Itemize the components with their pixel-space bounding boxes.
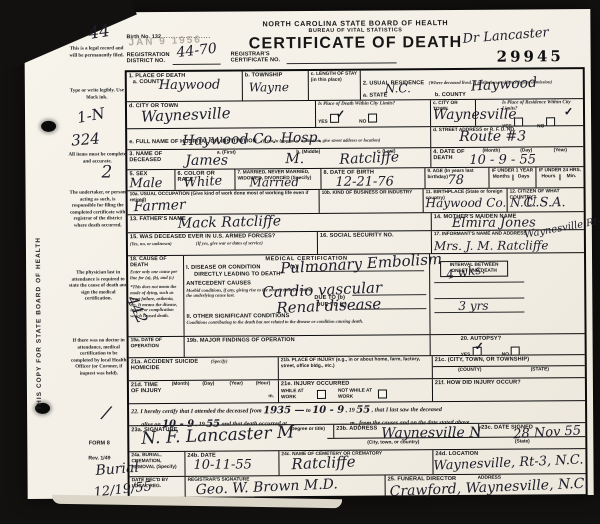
registration-district-value: 44-70 [176, 42, 218, 60]
certify-text-4: , that I last saw the deceased [372, 407, 442, 413]
margin-note-complete: All items must be complete and accurate. [67, 152, 127, 165]
cell-certify-statement: 22. I hereby certify that I attended the… [129, 401, 585, 425]
registrar-label-2: CERTIFICATE NO. [231, 58, 281, 65]
cell-injury-occurred: 21e. INJURY OCCURRED WHILE AT WORK NOT W… [279, 379, 433, 402]
cell-medical-certification: MEDICAL CERTIFICATION I. DISEASE OR COND… [184, 254, 431, 336]
date-of-death-value: 10 - 9 - 55 [469, 153, 536, 166]
cell-date-of-death: 4. DATE OF DEATH (Month) (Day) (Year) 10… [431, 147, 583, 167]
cell-industry: 10b. KIND OF BUSINESS OR INDUSTRY [320, 189, 424, 213]
date-of-death-label: 4. DATE OF DEATH [433, 149, 473, 162]
cell-injury-city: 21c. (CITY, TOWN, OR TOWNSHIP) (COUNTY) … [433, 355, 585, 378]
informant-value: Mrs. J. M. Ratcliffe [434, 239, 549, 252]
cell-length-of-stay: c. LENGTH OF STAY (in this place) [309, 71, 361, 100]
cell-age-group: 9. AGE (In years last birthday) 78 IF UN… [425, 167, 583, 188]
burial-value: Burial [95, 461, 139, 478]
cell-birthplace: 11. BIRTHPLACE (State or foreign country… [424, 189, 508, 213]
cell-how-injury: 21f. HOW DID INJURY OCCUR? [433, 378, 585, 401]
cell-usual-residence: 2. USUAL RESIDENCE (Where deceased lived… [361, 69, 583, 100]
cell-funeral-director: 25. FUNERAL DIRECTOR ADDRESS Crawford, W… [386, 474, 586, 495]
cemetery-value: Ratcliffe [291, 455, 356, 473]
margin-note-no-doctor: If there was no doctor in attendance, me… [69, 338, 129, 377]
last-name-value: Ratcliffe [339, 150, 399, 166]
cell-time-of-injury: 21d. TIME OF INJURY (Month) (Day) (Year)… [129, 380, 279, 403]
certify-to-value: 10 - 9 [312, 405, 344, 416]
certify-text-2: to [306, 408, 311, 414]
sex-value: Male [129, 177, 162, 190]
injury-occurred-label: 21e. INJURY OCCURRED [281, 380, 430, 387]
cell-under-1-year: IF UNDER 1 YEAR Months Days [489, 167, 536, 187]
cell-interval: INTERVAL BETWEEN ONSET AND DEATH 4 wks. … [430, 253, 585, 334]
cell-township: b. TOWNSHIP Wayne [243, 71, 309, 100]
while-at-work-label: WHILE AT WORK [281, 389, 315, 401]
cell-street-address: d. STREET ADDRESS or R. F. D. NO. Route … [431, 126, 583, 147]
while-at-work-checkbox [317, 390, 326, 399]
armed-forces-label: 15. WAS DECEASED EVER IN U.S. ARMED FORC… [130, 233, 315, 241]
row-time-of-injury: 21d. TIME OF INJURY (Month) (Day) (Year)… [129, 378, 585, 404]
cell-county-of-death: 1. PLACE OF DEATH a. COUNTY Haywood [127, 71, 243, 101]
injury-m-label: m. [268, 394, 274, 400]
cell-place-of-injury: 21b. PLACE OF INJURY (e.g., in or about … [279, 356, 433, 379]
operation-findings-label: 19b. MAJOR FINDINGS OF OPERATION [187, 336, 428, 344]
margin-note-undertaker: The undertaker, or person acting as such… [68, 190, 128, 229]
disease-label-2: DIRECTLY LEADING TO DEATH* [194, 271, 290, 278]
injury-city-label: 21c. (CITY, TOWN, OR TOWNSHIP) [433, 355, 585, 364]
date-signed-value: 28 Nov 55 [513, 424, 582, 441]
cause-of-death-label: 18. CAUSE OF DEATH [130, 257, 181, 269]
cell-armed-forces: 15. WAS DECEASED EVER IN U.S. ARMED FORC… [128, 232, 318, 255]
birthplace-value: Haywood Co. N.C. [426, 196, 537, 209]
cell-residence-city: c. CITY OR TOWN Waynesville [431, 100, 476, 126]
cell-date-received: DATE REC'D BY LOCAL REG. 12/19/55 [130, 477, 186, 497]
injury-day-label: (Day) [194, 382, 222, 395]
row-registrar-director: DATE REC'D BY LOCAL REG. 12/19/55 REGIST… [130, 474, 586, 497]
cause-c-value: Renal disease [276, 297, 381, 316]
address-value: Waynesville N [381, 426, 481, 441]
cell-occupation: 10a. USUAL OCCUPATION (Give kind of work… [128, 190, 320, 214]
row-disposal: 24a. BURIAL, CREMATION, REMOVAL (Specify… [129, 449, 585, 477]
punch-hole-top [41, 121, 56, 132]
operation-date-label: 19a. DATE OF OPERATION [131, 338, 182, 350]
row-city-limits: d. CITY OR TOWN Waynesville Is Place of … [127, 99, 583, 129]
cell-hospital: e. FULL NAME OF HOSPITAL OR INSTITUTION … [127, 127, 431, 149]
row-armed-ssn-informant: 15. WAS DECEASED EVER IN U.S. ARMED FORC… [128, 230, 584, 256]
injury-state-label: (STATE) [505, 368, 575, 374]
residence-county-value: Haywood [470, 76, 537, 94]
place-of-injury-label: 21b. PLACE OF INJURY (e.g., in or about … [281, 357, 430, 370]
certify-from-value: 1935 — [263, 405, 304, 416]
row-signature: 23a. SIGNATURE (Degree or title) 23b. AD… [129, 423, 585, 452]
residence-limits-no-checkbox [546, 117, 555, 126]
registration-district: REGISTRATION DISTRICT NO. [127, 52, 170, 65]
row-parents: 13. FATHER'S NAME Mack Ratcliffe 14. MOT… [128, 212, 584, 233]
cell-city-of-death: d. CITY OR TOWN Waynesville [127, 101, 316, 128]
other-conditions-note: Conditions contributing to the death but… [186, 318, 427, 325]
street-address-value: Route #3 [459, 129, 526, 143]
form-number: FORM 8 [69, 440, 129, 448]
injury-county-label: (COUNTY) [435, 368, 505, 374]
cell-race: 6. COLOR OR RACE White [175, 170, 235, 190]
margin-handwritten-44: 44 [87, 23, 111, 43]
death-limits-yes-check: ✓ [336, 108, 345, 121]
occupation-value: Farmer [133, 198, 186, 214]
city-of-death-value: Waynesville [141, 106, 231, 125]
cell-cause-sidebar: 18. CAUSE OF DEATH Enter only one cause … [128, 256, 185, 336]
cell-autopsy: 20. AUTOPSY? YES NO ✓ [431, 334, 585, 355]
autopsy-yes-check: ✓ [475, 340, 484, 353]
injury-hour-label: (Hour) [250, 381, 276, 394]
row-accident-place: 21a. ACCIDENT SUICIDE HOMICIDE (Specify)… [129, 355, 585, 381]
cell-informant: 17. INFORMANT'S NAME AND ADDRESS Mrs. J.… [432, 230, 584, 253]
middle-name-value: M. [285, 152, 304, 166]
residence-limits-no-check: ✓ [564, 105, 573, 118]
race-value: White [183, 175, 223, 190]
certify-number: 22. [131, 409, 139, 415]
injury-year-label: (Year) [222, 381, 250, 394]
age-value: 78 [447, 174, 464, 187]
death-limits-yes-label: YES [318, 120, 328, 125]
cell-operation-date: 19a. DATE OF OPERATION [129, 337, 185, 357]
registration-label-2: DISTRICT NO. [127, 58, 170, 65]
father-value: Mack Ratcliffe [178, 214, 282, 231]
autopsy-no-checkbox [511, 346, 520, 355]
marital-value: Married [249, 176, 299, 188]
township-label: b. TOWNSHIP [245, 72, 306, 79]
certificate-title: CERTIFICATE OF DEATH [224, 34, 486, 54]
cell-date-of-birth: 8. DATE OF BIRTH 12-21-76 [321, 168, 425, 189]
cell-marital-status: 7. MARRIED, NEVER MARRIED, WIDOWED, DIVO… [235, 169, 321, 190]
margin-vertical-text: THIS COPY FOR STATE BOARD OF HEALTH [35, 225, 43, 410]
margin-handwritten-2: 2 [101, 164, 112, 181]
cell-cemetery: 24c. NAME OF CEMETERY OR CREMATORY Ratcl… [279, 450, 433, 475]
not-while-at-work-label: NOT WHILE AT WORK [338, 389, 376, 401]
certificate-paper: THIS COPY FOR STATE BOARD OF HEALTH 44 T… [24, 9, 593, 499]
row-place-residence: 1. PLACE OF DEATH a. COUNTY Haywood b. T… [127, 69, 583, 102]
death-limits-no-checkbox [368, 113, 377, 122]
cell-accident: 21a. ACCIDENT SUICIDE HOMICIDE (Specify) [129, 357, 279, 380]
armed-forces-note1: (Yes, no, or unknown) [130, 241, 196, 247]
certify-text-1: I hereby certify that I attended the dec… [140, 408, 261, 415]
row-cause-of-death: 18. CAUSE OF DEATH Enter only one cause … [128, 253, 585, 337]
accident-specify: (Specify) [211, 359, 228, 372]
form-grid: 1. PLACE OF DEATH a. COUNTY Haywood b. T… [125, 67, 588, 499]
accident-label: 21a. ACCIDENT SUICIDE HOMICIDE [131, 359, 211, 372]
not-while-at-work-checkbox [378, 389, 387, 398]
certificate-number: 29945 [497, 47, 564, 65]
armed-forces-note2: (If yes, give war or dates of service) [196, 241, 263, 247]
certificate-header: NORTH CAROLINA STATE BOARD OF HEALTH BUR… [224, 18, 486, 54]
hospital-value: Haywood Co. Hosp. [182, 131, 322, 148]
row-certify-statement: 22. I hereby certify that I attended the… [129, 401, 585, 426]
mother-value: Elmira Jones [452, 216, 536, 230]
disposal-date-value: 10-11-55 [193, 458, 252, 471]
margin-note-type: Type or write legibly. Use black ink. [67, 88, 127, 101]
min-label: Min. [560, 174, 582, 180]
margin-handwritten-1n: 1-N [76, 106, 106, 126]
dod-year-label: (Year) [543, 148, 577, 161]
first-name-value: James [185, 154, 228, 168]
death-limits-no-label: NO [359, 120, 366, 125]
margin-note-physician: The physician last in attendance is requ… [68, 270, 128, 303]
name-of-deceased-label: 3. NAME OF DECEASED [129, 151, 187, 164]
injury-month-label: (Month) [167, 382, 195, 395]
cell-location: 24d. LOCATION Waynesville, Rt-3, N.C. [433, 449, 585, 474]
cell-sex: 5. SEX Male [127, 170, 175, 190]
signature-value: N. F. Lancaster M [141, 424, 295, 447]
residence-state-value: N.C. [385, 82, 411, 94]
dob-value: 12-21-76 [335, 175, 394, 188]
residence-city-value: Waynesville [433, 108, 517, 123]
township-value: Wayne [249, 81, 289, 93]
hours-label: Hours [537, 174, 560, 180]
months-label: Months [490, 174, 513, 180]
cell-age: 9. AGE (In years last birthday) 78 [425, 168, 489, 188]
certify-year-value: 55 [356, 405, 370, 416]
industry-label: 10b. KIND OF BUSINESS OR INDUSTRY [322, 190, 421, 196]
length-of-stay-label: c. LENGTH OF STAY (in this place) [311, 72, 358, 84]
cell-burial: 24a. BURIAL, CREMATION, REMOVAL (Specify… [129, 452, 185, 476]
margin-note-legal: This is a legal record and will be perma… [67, 46, 127, 59]
cell-name-of-deceased: 3. NAME OF DECEASED a. (First) b. (Middl… [127, 148, 431, 169]
interval-c-value: 3 yrs [458, 300, 488, 312]
cause-note: Enter only one cause per line for (a), (… [130, 269, 181, 281]
time-of-injury-label: 21d. TIME OF INJURY [131, 382, 167, 395]
cell-under-24-hrs: IF UNDER 24 HRS. Hours Min. [536, 167, 583, 187]
residence-county-label: b. COUNTY [435, 92, 466, 99]
cell-operation-findings: 19b. MAJOR FINDINGS OF OPERATION [185, 335, 431, 357]
death-limits-label: Is Place of Death Within City Limits? [318, 101, 428, 108]
cell-death-city-limits: Is Place of Death Within City Limits? YE… [316, 100, 431, 127]
cell-registrar-signature: REGISTRAR'S SIGNATURE Geo. W. Brown M.D. [186, 475, 386, 496]
margin-handwritten-slash: / [101, 404, 111, 423]
days-label: Days [513, 174, 535, 180]
cell-signature-block: 23a. SIGNATURE (Degree or title) 23b. AD… [129, 423, 585, 451]
cell-disposal-date: 24b. DATE 10-11-55 [185, 451, 279, 476]
ssn-label: 16. SOCIAL SECURITY NO. [320, 232, 429, 239]
row-occupation-birthplace: 10a. USUAL OCCUPATION (Give kind of work… [128, 188, 584, 215]
certify-text-3: , 19 [346, 408, 355, 414]
scanned-death-certificate: THIS COPY FOR STATE BOARD OF HEALTH 44 T… [0, 0, 600, 524]
margin-handwritten-324: 324 [71, 131, 101, 148]
county-value: Haywood [159, 79, 221, 92]
cell-father: 13. FATHER'S NAME Mack Ratcliffe [128, 213, 432, 232]
how-injury-label: 21f. HOW DID INJURY OCCUR? [435, 379, 583, 386]
burial-label: 24a. BURIAL, CREMATION, REMOVAL (Specify… [131, 453, 182, 471]
